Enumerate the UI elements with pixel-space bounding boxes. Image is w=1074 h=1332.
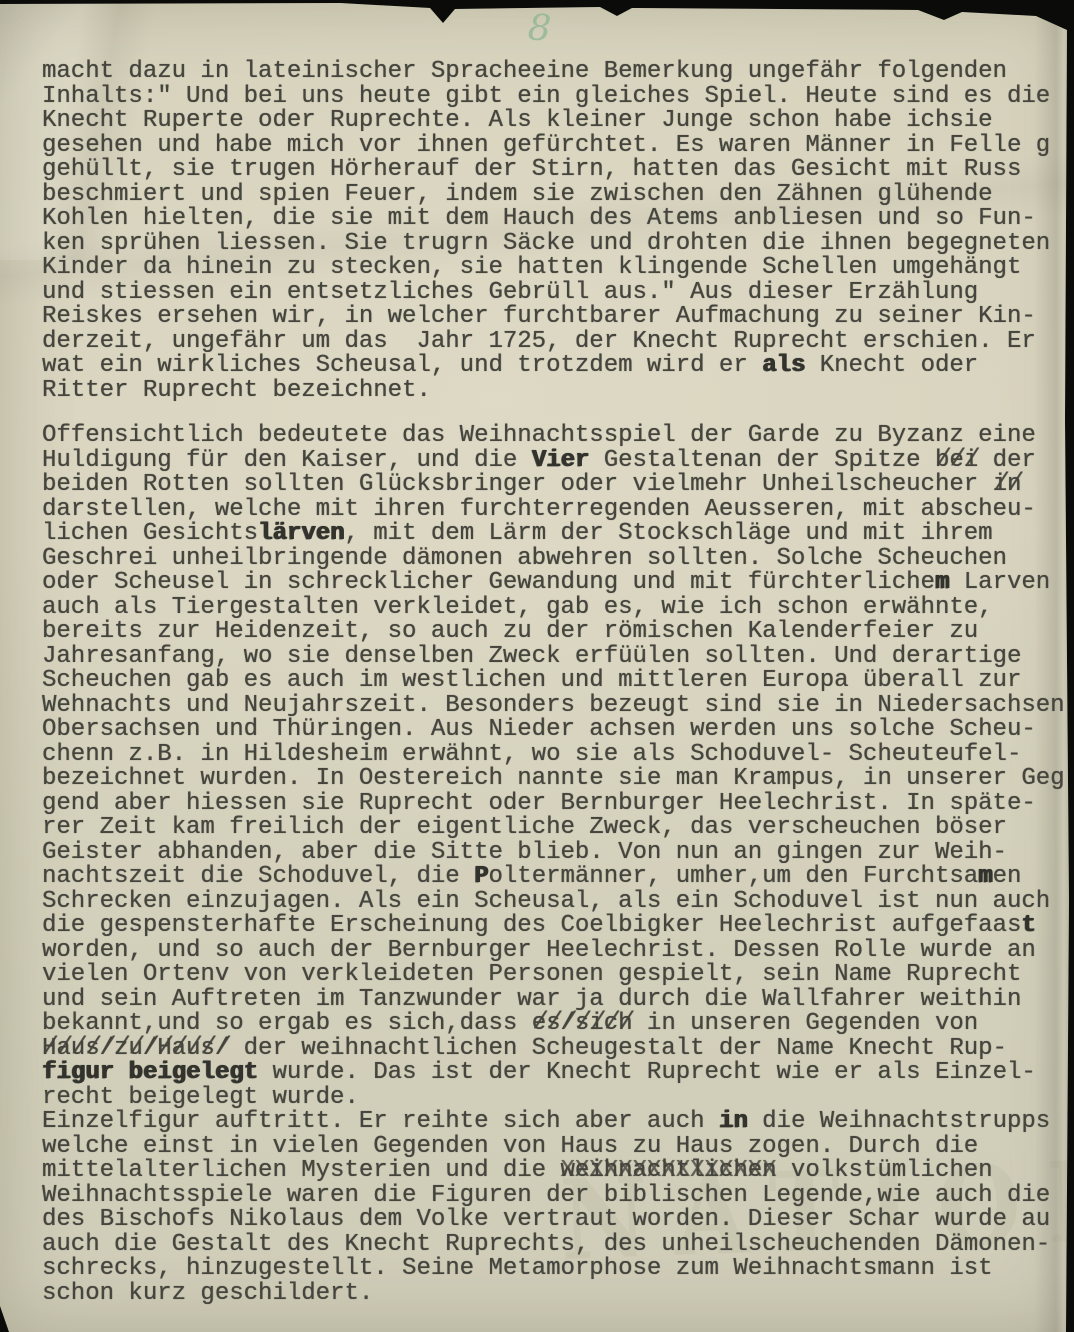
text-line: rer Zeit kam freilich der eigentliche Zw…	[42, 816, 1072, 841]
text-segment: bereits zur Heidenzeit, so auch zu der r…	[42, 618, 978, 645]
text-segment: darstellen, welche mit ihren furchterreg…	[42, 496, 1036, 523]
text-line: gend aber hiessen sie Ruprecht oder Bern…	[42, 792, 1072, 817]
text-line: und stiessen ein entsetzliches Gebrüll a…	[42, 281, 1072, 306]
text-line: worden, und so auch der Bernburger Heele…	[42, 939, 1072, 964]
text-segment: und sein Auftreten im Tanzwunder war ja …	[42, 986, 1021, 1013]
text-segment: gehüllt, sie trugen Hörherauf der Stirn,…	[42, 156, 1021, 183]
text-line: schrecks, hinzugestellt. Seine Metamorph…	[42, 1257, 1072, 1282]
text-line: und sein Auftreten im Tanzwunder war ja …	[42, 988, 1072, 1013]
text-line: lichen Gesichtslärven, mit dem Lärm der …	[42, 522, 1072, 547]
text-line: wat ein wirkliches Scheusal, und trotzde…	[42, 354, 1072, 379]
text-line: oder Scheusel in schrecklicher Gewandung…	[42, 571, 1072, 596]
text-segment: , mit dem Lärm der Stockschläge und mit …	[344, 520, 992, 547]
text-segment: beschmiert und spien Feuer, indem sie zw…	[42, 181, 993, 208]
text-segment: Reiskes ersehen wir, in welcher furchtba…	[42, 303, 1036, 330]
text-segment: wat ein wirkliches Scheusal, und trotzde…	[42, 352, 762, 379]
text-line: welche einst in vielen Gegenden von Haus…	[42, 1135, 1072, 1160]
struck-text: Vier	[532, 447, 590, 474]
text-line: beschmiert und spien Feuer, indem sie zw…	[42, 183, 1072, 208]
text-segment: Kinder da hinein zu stecken, sie hatten …	[42, 254, 1021, 281]
text-segment: wurde. Das ist der Knecht Ruprecht wie e…	[258, 1059, 1036, 1086]
text-line: ken sprühen liessen. Sie trugrn Säcke un…	[42, 232, 1072, 257]
text-line: bereits zur Heidenzeit, so auch zu der r…	[42, 620, 1072, 645]
text-segment: des Bischofs Nikolaus dem Volke vertraut…	[42, 1206, 1050, 1233]
text-line: vielen Ortenv von verkleideten Personen …	[42, 963, 1072, 988]
text-segment: Obersachsen und Thüringen. Aus Nieder ac…	[42, 716, 1036, 743]
text-line: Inhalts:" Und bei uns heute gibt ein gle…	[42, 85, 1072, 110]
struck-text: in	[993, 473, 1022, 498]
text-line: bezeichnet wurden. In Oestereich nannte …	[42, 767, 1072, 792]
text-segment: Geister abhanden, aber die Sitte blieb. …	[42, 839, 1007, 866]
text-segment: Scheuchen gab es auch im westlichen und …	[42, 667, 1021, 694]
text-line: schon kurz geschildert.	[42, 1282, 1072, 1307]
text-segment: die gespensterhafte Erscheinung des Coel…	[42, 912, 1021, 939]
text-line: chenn z.B. in Hildesheim erwähnt, wo sie…	[42, 743, 1072, 768]
text-line: Kinder da hinein zu stecken, sie hatten …	[42, 256, 1072, 281]
text-segment: in unseren Gegenden von	[633, 1010, 979, 1037]
text-segment: rer Zeit kam freilich der eigentliche Zw…	[42, 814, 1007, 841]
text-segment: Geschrei unheilbringende dämonen abwehre…	[42, 545, 1007, 572]
text-segment: derzeit, ungefähr um das Jahr 1725, der …	[42, 328, 1036, 355]
text-line: Wehnachts und Neujahrszeit. Besonders be…	[42, 694, 1072, 719]
text-segment: Kohlen hielten, die sie mit dem Hauch de…	[42, 205, 1036, 232]
text-line: Einzelfigur auftritt. Er reihte sich abe…	[42, 1110, 1072, 1135]
text-segment: Larven	[949, 569, 1050, 596]
paragraph: Offensichtlich bedeutete das Weihnachtss…	[42, 424, 1072, 1306]
text-segment: vielen Ortenv von verkleideten Personen …	[42, 961, 1021, 988]
text-segment: gend aber hiessen sie Ruprecht oder Bern…	[42, 790, 1036, 817]
text-line: des Bischofs Nikolaus dem Volke vertraut…	[42, 1208, 1072, 1233]
text-segment: Knecht Ruperte oder Ruprechte. Als klein…	[42, 107, 993, 134]
struck-text: P	[474, 863, 488, 890]
text-segment: auch die Gestalt des Knecht Ruprechts, d…	[42, 1231, 1050, 1258]
text-line: macht dazu in lateinischer Spracheeine B…	[42, 60, 1072, 85]
text-line: derzeit, ungefähr um das Jahr 1725, der …	[42, 330, 1072, 355]
text-segment: Ritter Ruprecht bezeichnet.	[42, 377, 431, 404]
struck-text: bei	[935, 449, 978, 474]
text-line: Kohlen hielten, die sie mit dem Hauch de…	[42, 207, 1072, 232]
text-segment: chenn z.B. in Hildesheim erwähnt, wo sie…	[42, 741, 1021, 768]
text-segment: en	[993, 863, 1022, 890]
text-segment: welche einst in vielen Gegenden von Haus…	[42, 1133, 978, 1160]
text-segment: macht dazu in lateinischer Spracheeine B…	[42, 58, 1007, 85]
text-line: die gespensterhafte Erscheinung des Coel…	[42, 914, 1072, 939]
paper-sheet: NATIONAL 8 macht dazu in lateinischer Sp…	[0, 0, 1074, 1332]
text-segment: bekannt,und so ergab es sich,dass	[42, 1010, 532, 1037]
text-line: Weihnachtsspiele waren die Figuren der b…	[42, 1184, 1072, 1209]
text-line: Obersachsen und Thüringen. Aus Nieder ac…	[42, 718, 1072, 743]
text-segment: schrecks, hinzugestellt. Seine Metamorph…	[42, 1255, 993, 1282]
text-segment: gesehen und habe mich vor ihnen gefürcht…	[42, 132, 1050, 159]
struck-text: t	[1021, 912, 1035, 939]
text-segment: bezeichnet wurden. In Oestereich nannte …	[42, 765, 1065, 792]
text-segment: Knecht oder	[805, 352, 978, 379]
struck-text: m	[978, 863, 992, 890]
text-segment: Wehnachts und Neujahrszeit. Besonders be…	[42, 692, 1065, 719]
text-segment: worden, und so auch der Bernburger Heele…	[42, 937, 1036, 964]
struck-text: in	[719, 1108, 748, 1135]
struck-text: figur beigelegt	[42, 1059, 258, 1086]
text-line: Schrecken einzujagen. Als ein Scheusal, …	[42, 890, 1072, 915]
text-line: Geschrei unheilbringende dämonen abwehre…	[42, 547, 1072, 572]
text-segment: Inhalts:" Und bei uns heute gibt ein gle…	[42, 83, 1050, 110]
text-segment: oltermänner, umher,um den Furchtsa	[488, 863, 978, 890]
text-segment: recht beigelegt wurde.	[42, 1084, 359, 1111]
text-line: Reiskes ersehen wir, in welcher furchtba…	[42, 305, 1072, 330]
text-segment: Schrecken einzujagen. Als ein Scheusal, …	[42, 888, 1050, 915]
text-segment: mittelalterlichen Mysterien und die	[42, 1157, 560, 1184]
document-text: macht dazu in lateinischer Spracheeine B…	[42, 60, 1072, 1327]
text-segment: Einzelfigur auftritt. Er reihte sich abe…	[42, 1108, 719, 1135]
text-segment: der	[978, 447, 1036, 474]
text-segment: Offensichtlich bedeutete das Weihnachtss…	[42, 422, 1036, 449]
text-line: figur beigelegt wurde. Das ist der Knech…	[42, 1061, 1072, 1086]
text-line: gehüllt, sie trugen Hörherauf der Stirn,…	[42, 158, 1072, 183]
struck-text: Haus/zu/Haus/	[42, 1037, 229, 1062]
text-line: beiden Rotten sollten Glücksbringer oder…	[42, 473, 1072, 498]
text-segment: die Weihnachtstrupps	[748, 1108, 1050, 1135]
struck-text: weihnachtlichen	[560, 1159, 776, 1184]
text-line: darstellen, welche mit ihren furchterreg…	[42, 498, 1072, 523]
text-segment: der weihnachtlichen Scheugestalt der Nam…	[229, 1035, 1007, 1062]
text-segment: beiden Rotten sollten Glücksbringer oder…	[42, 471, 993, 498]
text-line: mittelalterlichen Mysterien und die weih…	[42, 1159, 1072, 1184]
struck-text: m	[935, 569, 949, 596]
text-line: Geister abhanden, aber die Sitte blieb. …	[42, 841, 1072, 866]
text-segment: und stiessen ein entsetzliches Gebrüll a…	[42, 279, 978, 306]
text-line: bekannt,und so ergab es sich,dass es/sic…	[42, 1012, 1072, 1037]
text-line: Knecht Ruperte oder Ruprechte. Als klein…	[42, 109, 1072, 134]
page-number: 8	[527, 7, 553, 49]
text-line: Haus/zu/Haus/ der weihnachtlichen Scheug…	[42, 1037, 1072, 1062]
text-segment: auch als Tiergestalten verkleidet, gab e…	[42, 594, 993, 621]
text-line: Jahresanfang, wo sie denselben Zweck erf…	[42, 645, 1072, 670]
text-line: recht beigelegt wurde.	[42, 1086, 1072, 1111]
text-line: Offensichtlich bedeutete das Weihnachtss…	[42, 424, 1072, 449]
text-line: gesehen und habe mich vor ihnen gefürcht…	[42, 134, 1072, 159]
scan-background: { "page": { "number": "8", "watermark": …	[0, 0, 1074, 1332]
text-line: Ritter Ruprecht bezeichnet.	[42, 379, 1072, 404]
text-line: auch die Gestalt des Knecht Ruprechts, d…	[42, 1233, 1072, 1258]
text-segment: Weihnachtsspiele waren die Figuren der b…	[42, 1182, 1050, 1209]
struck-text: es/sich	[532, 1012, 633, 1037]
text-segment: schon kurz geschildert.	[42, 1280, 373, 1307]
text-line: nachtszeit die Schoduvel, die Poltermänn…	[42, 865, 1072, 890]
struck-text: lärven	[258, 520, 344, 547]
text-segment: nachtszeit die Schoduvel, die	[42, 863, 474, 890]
text-segment: lichen Gesichts	[42, 520, 258, 547]
text-segment: oder Scheusel in schrecklicher Gewandung…	[42, 569, 935, 596]
struck-text: als	[762, 352, 805, 379]
text-segment: Gestaltenan der Spitze	[589, 447, 935, 474]
text-segment: ken sprühen liessen. Sie trugrn Säcke un…	[42, 230, 1050, 257]
paragraph: macht dazu in lateinischer Spracheeine B…	[42, 60, 1072, 403]
text-segment: volkstümlichen	[777, 1157, 993, 1184]
text-line: auch als Tiergestalten verkleidet, gab e…	[42, 596, 1072, 621]
text-segment: Huldigung für den Kaiser, und die	[42, 447, 532, 474]
text-line: Scheuchen gab es auch im westlichen und …	[42, 669, 1072, 694]
text-segment: Jahresanfang, wo sie denselben Zweck erf…	[42, 643, 1021, 670]
text-line: Huldigung für den Kaiser, und die Vier G…	[42, 449, 1072, 474]
